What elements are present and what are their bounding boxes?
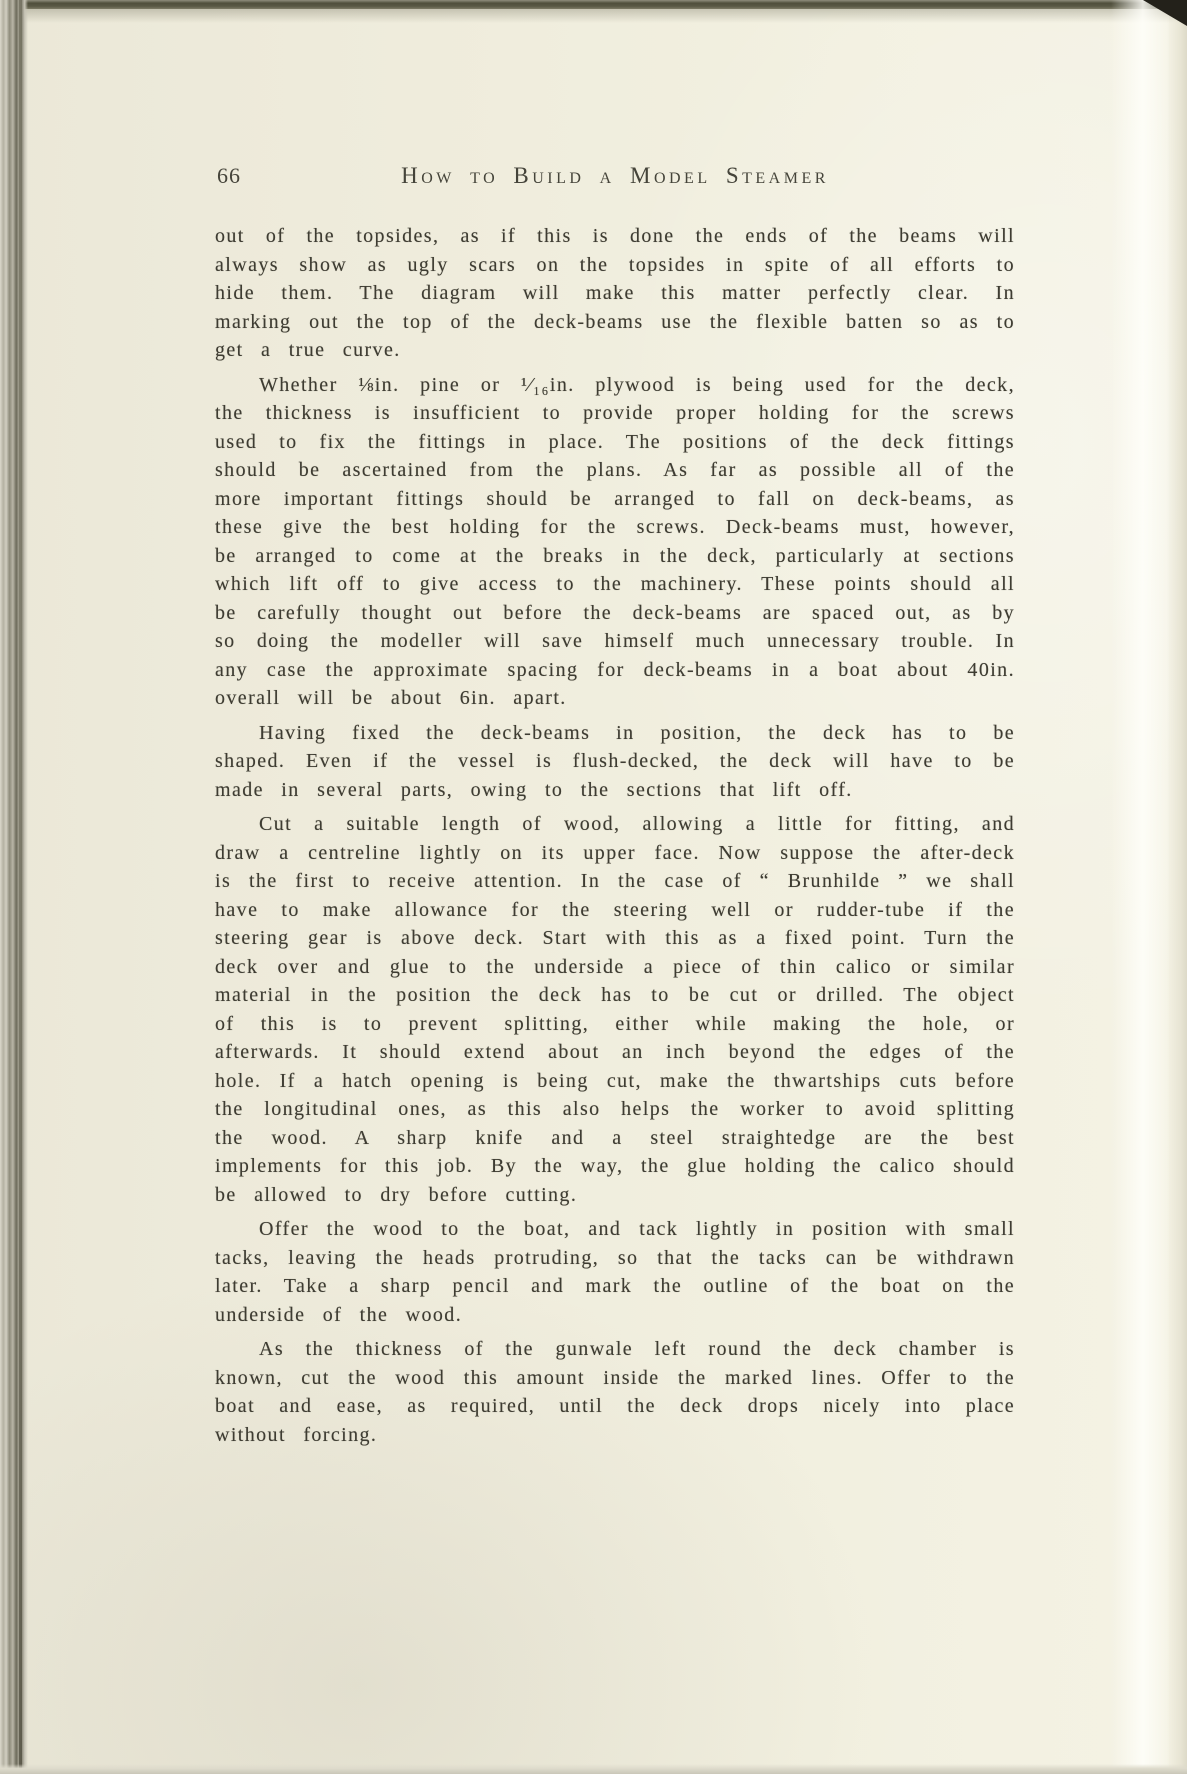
page-number: 66 — [217, 163, 241, 189]
scanned-book-page: 66 How to Build a Model Steamer out of t… — [0, 0, 1187, 1774]
page-right-edge-highlight — [1111, 0, 1169, 1774]
paragraph: Cut a suitable length of wood, allowing … — [215, 810, 1015, 1209]
paragraph: Offer the wood to the boat, and tack lig… — [215, 1215, 1015, 1329]
body-text: out of the topsides, as if this is done … — [215, 222, 1015, 1455]
running-head: 66 How to Build a Model Steamer — [215, 163, 1015, 193]
book-top-edge — [0, 0, 1187, 9]
page-right-edge — [1167, 0, 1187, 1774]
book-spine-edge — [0, 0, 28, 1774]
book-spine-line — [19, 0, 22, 1774]
paragraph: Whether ⅛in. pine or ¹⁄₁₆in. plywood is … — [215, 371, 1015, 713]
running-title: How to Build a Model Steamer — [215, 163, 1015, 189]
paragraph: As the thickness of the gunwale left rou… — [215, 1335, 1015, 1449]
book-top-edge-shadow — [0, 9, 1187, 23]
page-bottom-edge — [0, 1764, 1187, 1774]
paragraph: Having fixed the deck-beams in position,… — [215, 719, 1015, 805]
corner-notch — [1143, 0, 1187, 26]
paragraph: out of the topsides, as if this is done … — [215, 222, 1015, 365]
